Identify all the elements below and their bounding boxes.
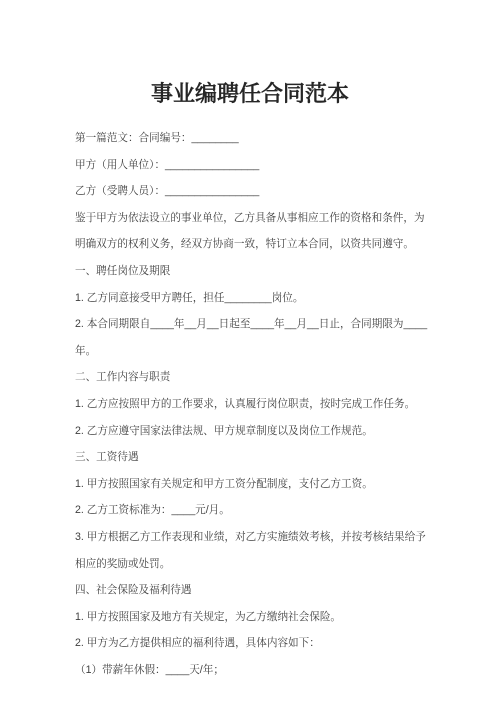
paragraph: （1）带薪年休假：____天/年； xyxy=(75,657,435,684)
document-body: 第一篇范文：合同编号：________甲方（用人单位）：____________… xyxy=(0,125,500,683)
document-title: 事业编聘任合同范本 xyxy=(0,80,500,108)
paragraph: 乙方（受聘人员）：________________ xyxy=(75,178,435,205)
paragraph: 甲方（用人单位）：________________ xyxy=(75,152,435,179)
paragraph: 2. 乙方应遵守国家法律法规、甲方规章制度以及岗位工作规范。 xyxy=(75,418,435,445)
document-page: 事业编聘任合同范本 第一篇范文：合同编号：________甲方（用人单位）：__… xyxy=(0,0,500,707)
section-heading: 二、工作内容与职责 xyxy=(75,364,435,391)
paragraph: 鉴于甲方为依法设立的事业单位，乙方具备从事相应工作的资格和条件，为明确双方的权利… xyxy=(75,205,435,258)
paragraph: 第一篇范文：合同编号：________ xyxy=(75,125,435,152)
paragraph: 2. 乙方工资标准为：____元/月。 xyxy=(75,497,435,524)
paragraph: 1. 甲方按照国家有关规定和甲方工资分配制度，支付乙方工资。 xyxy=(75,471,435,498)
section-heading: 四、社会保险及福利待遇 xyxy=(75,577,435,604)
paragraph: 1. 乙方同意接受甲方聘任，担任________岗位。 xyxy=(75,285,435,312)
section-heading: 三、工资待遇 xyxy=(75,444,435,471)
section-heading: 一、聘任岗位及期限 xyxy=(75,258,435,285)
paragraph: 2. 甲方为乙方提供相应的福利待遇，具体内容如下： xyxy=(75,630,435,657)
paragraph: 1. 乙方应按照甲方的工作要求，认真履行岗位职责，按时完成工作任务。 xyxy=(75,391,435,418)
paragraph: 3. 甲方根据乙方工作表现和业绩，对乙方实施绩效考核，并按考核结果给予相应的奖励… xyxy=(75,524,435,577)
paragraph: 2. 本合同期限自____年__月__日起至____年__月__日止，合同期限为… xyxy=(75,311,435,364)
paragraph: 1. 甲方按照国家及地方有关规定，为乙方缴纳社会保险。 xyxy=(75,604,435,631)
